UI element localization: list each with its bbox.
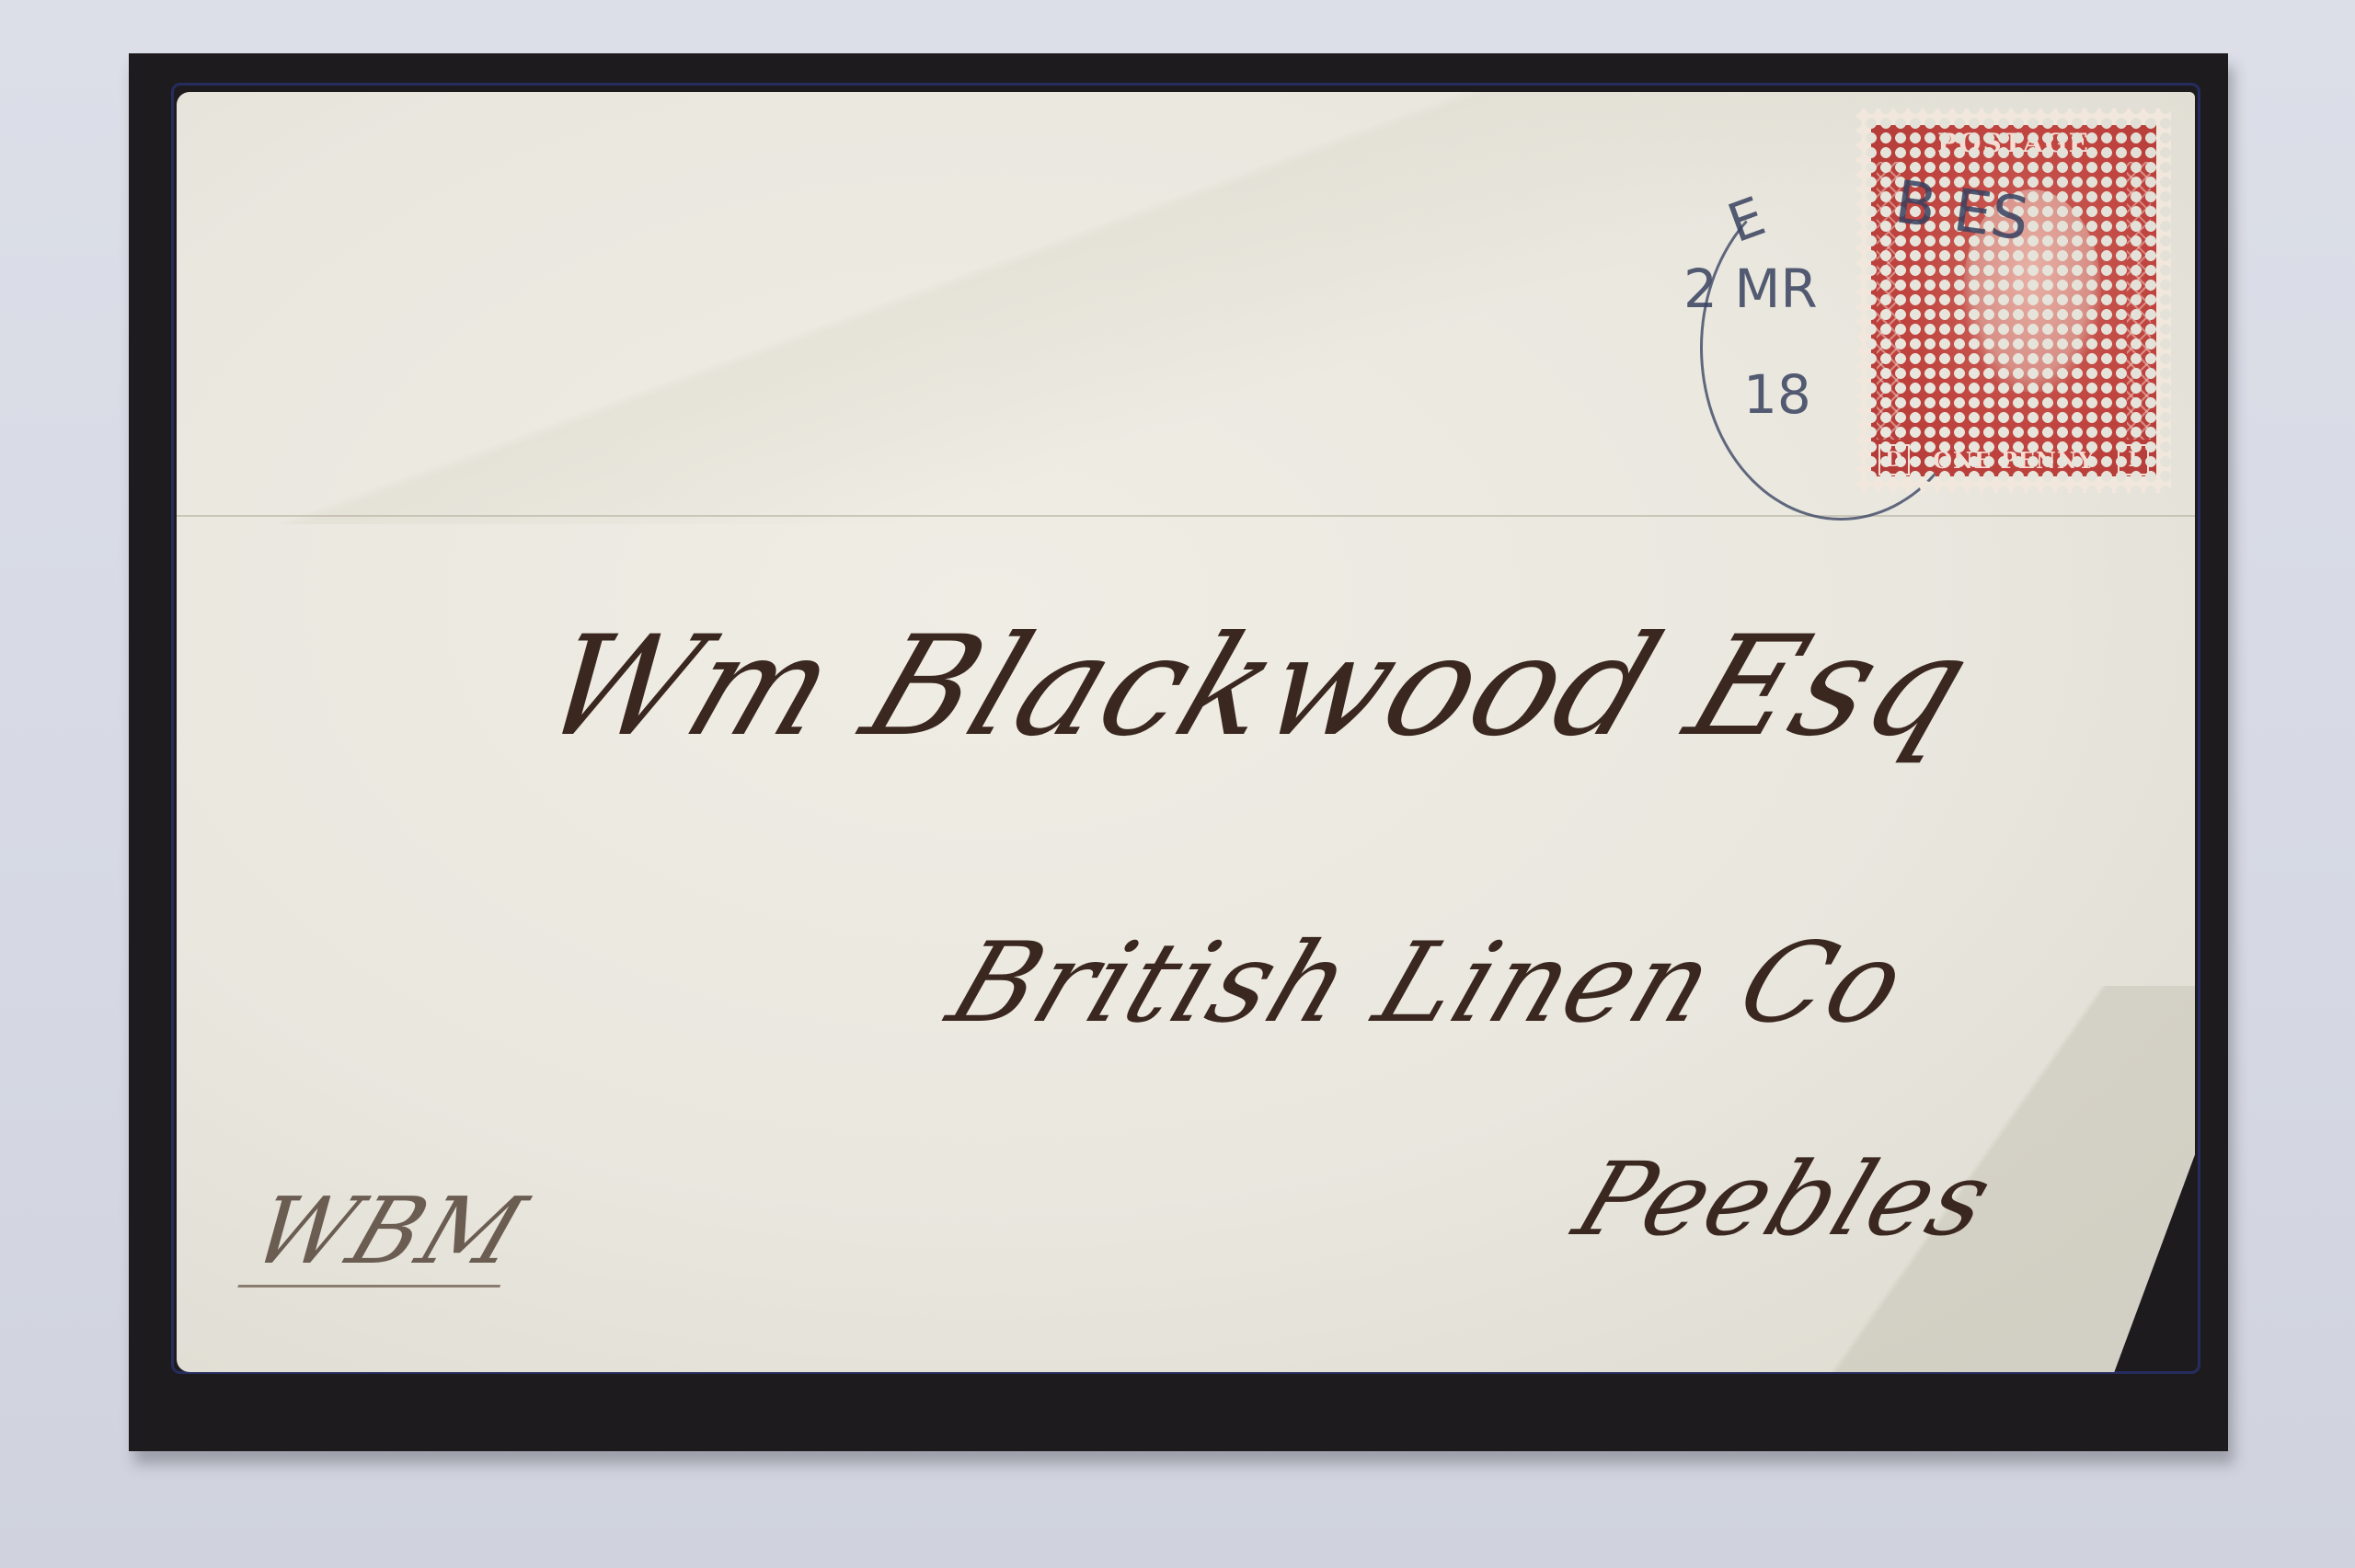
stamp-corner-letter-left: D: [1878, 444, 1910, 475]
flap-fold-line: [177, 515, 2195, 517]
postmark-line3: 18: [1743, 363, 1811, 426]
address-line-3: Peebles: [1561, 1140, 2009, 1258]
stamp-lattice-right: [2127, 162, 2151, 440]
sender-initials: WBM: [237, 1177, 539, 1288]
postmark-line2: 2 MR: [1683, 258, 1818, 320]
stamp-top-label: POSTAGE: [1871, 125, 2156, 160]
stamp-bottom-row: D ONE PENNY I: [1871, 443, 2156, 476]
address-line-2: British Linen Co: [934, 920, 1924, 1047]
address-line-1: Wm Blackwood Esq: [523, 607, 1992, 767]
stamp-value-label: ONE PENNY: [1933, 447, 2095, 474]
penny-red-stamp: POSTAGE D ONE PENNY I: [1856, 109, 2171, 493]
stamp-corner-letter-right: I: [2118, 444, 2149, 475]
